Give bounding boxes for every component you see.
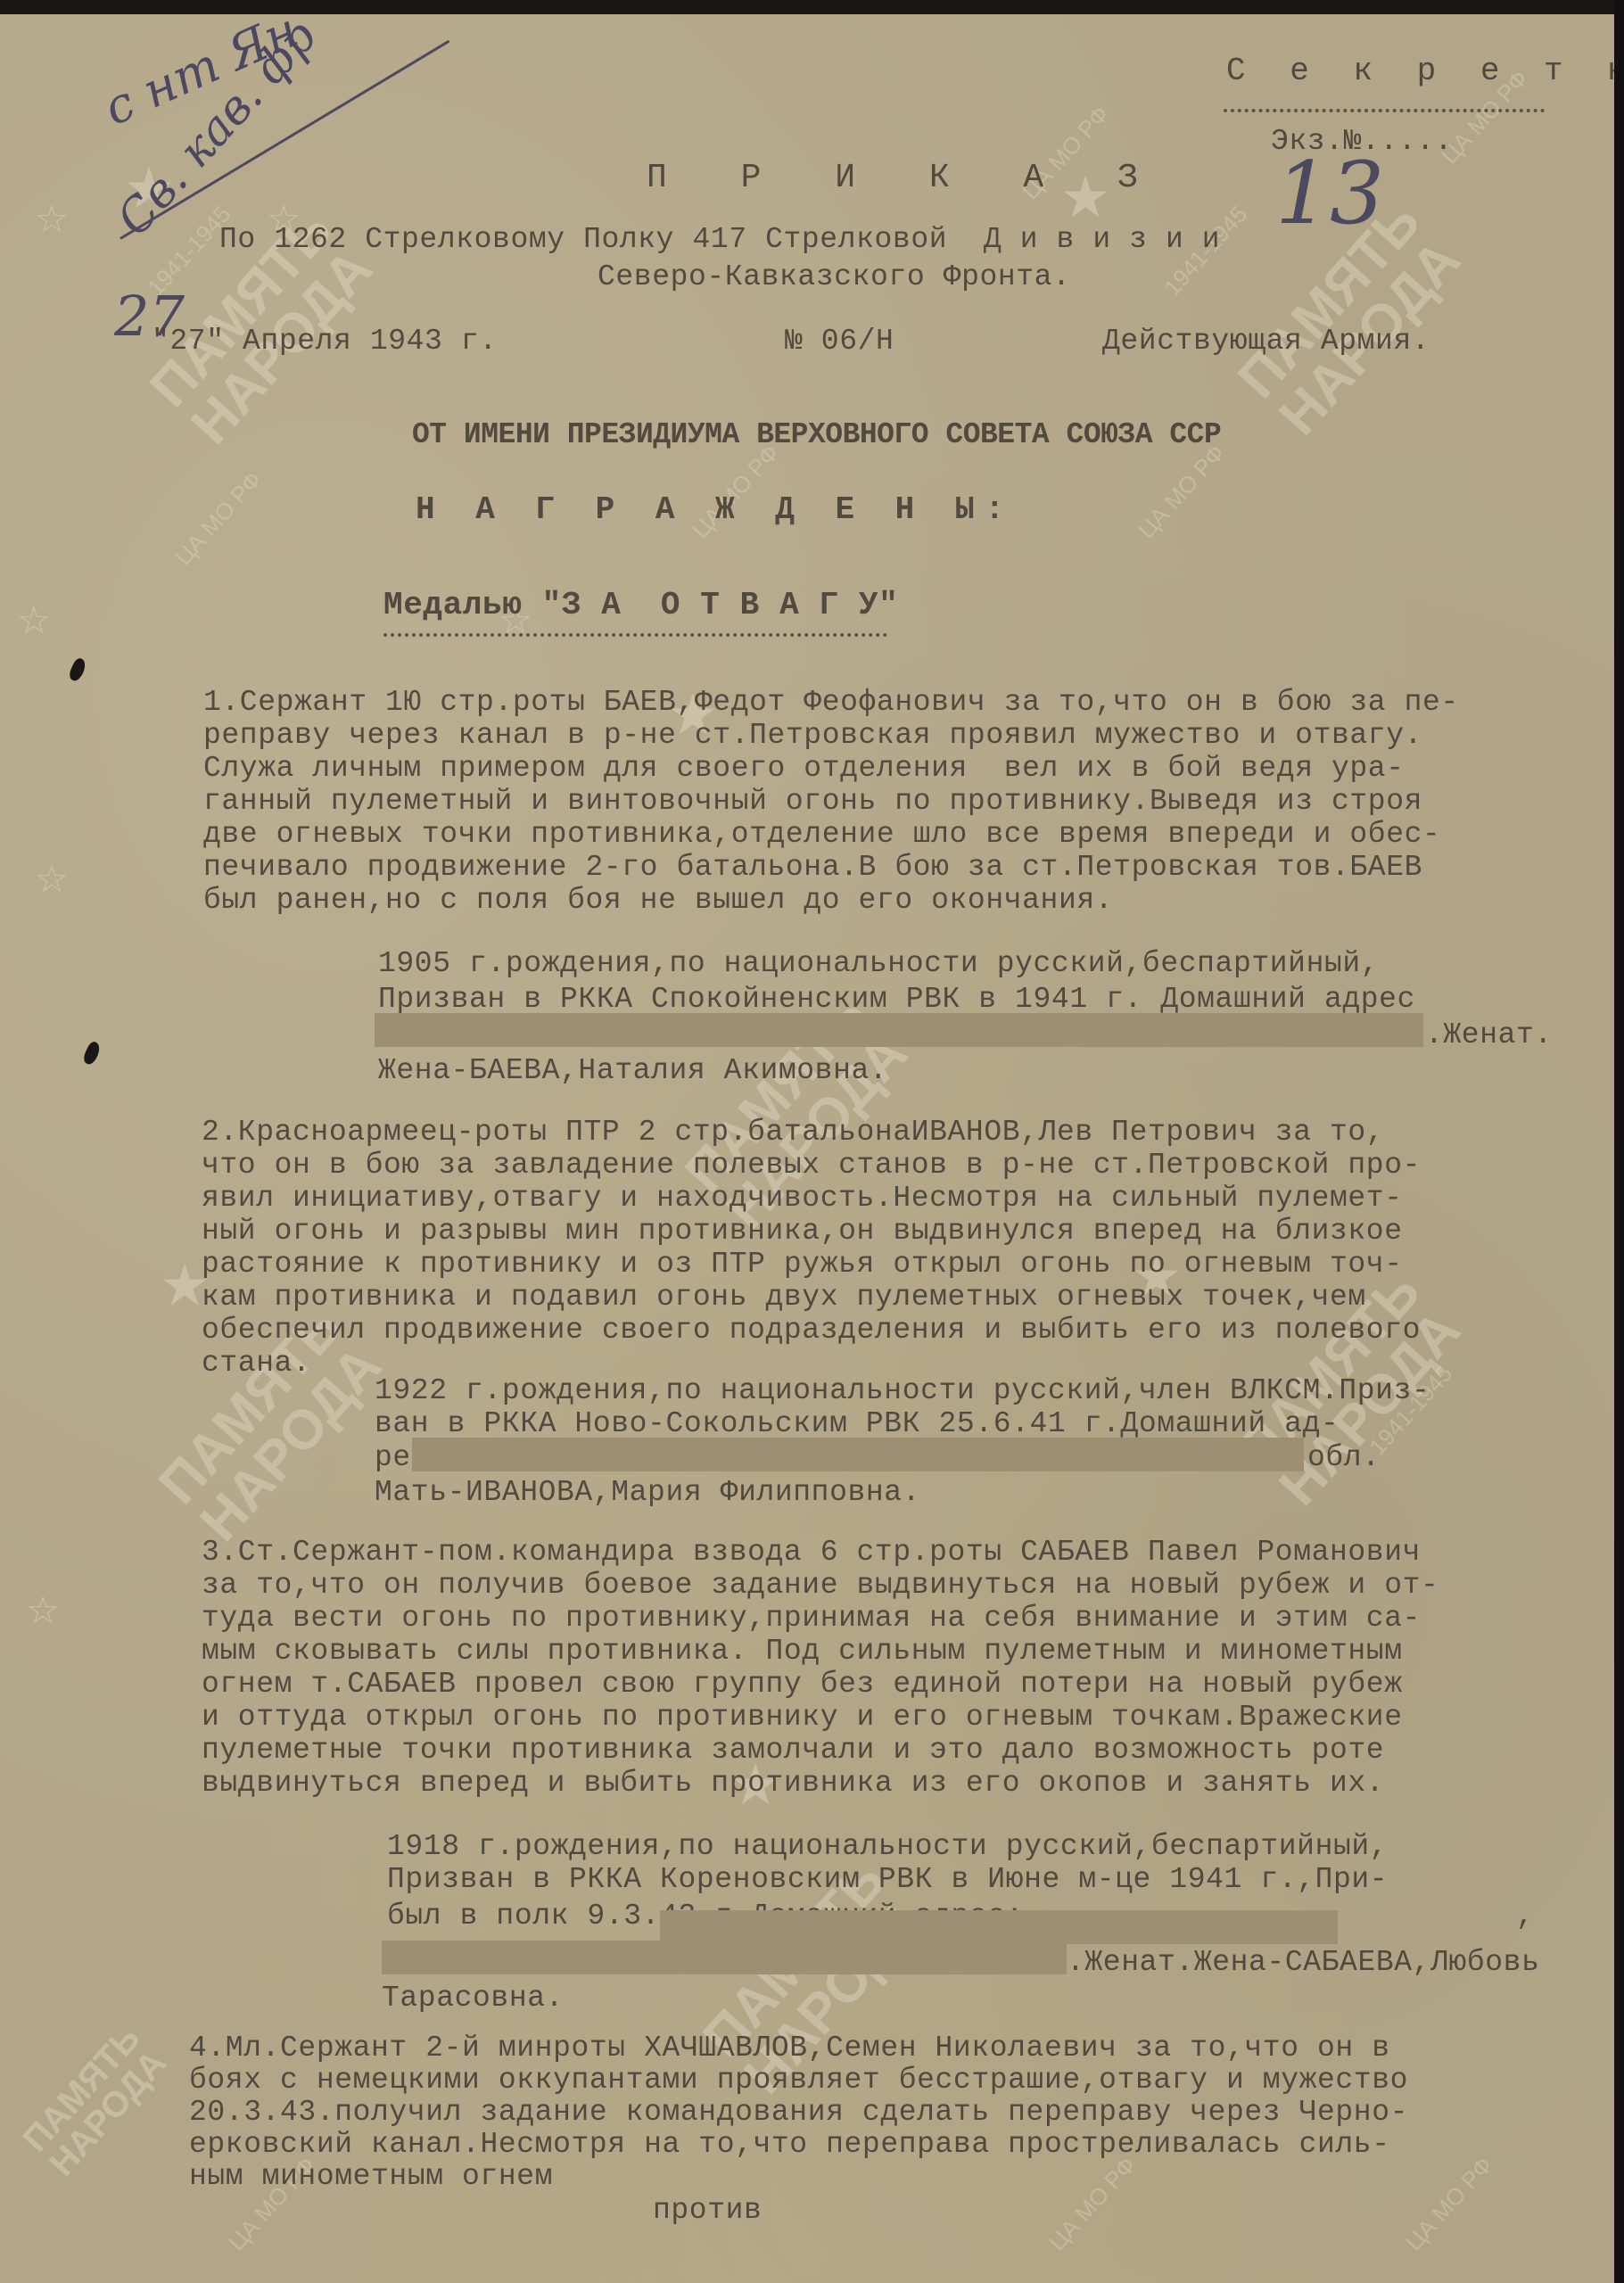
citation-line: ным минометным огнем xyxy=(189,2162,553,2191)
citation-line: ганный пулеметный и винтовочный огонь по… xyxy=(203,787,1422,816)
bio-line: 1922 г.рождения,по национальности русски… xyxy=(375,1376,1430,1405)
redacted-address xyxy=(412,1438,1304,1471)
citation-line: 20.3.43.получил задание командования сде… xyxy=(189,2098,1408,2127)
watermark-text: НАРОДА xyxy=(42,2043,174,2183)
bio-line: Тарасовна. xyxy=(382,1983,564,2013)
citation-line: боях с немецкими оккупантами проявляет б… xyxy=(189,2065,1408,2095)
watermark-star-icon: ☆ xyxy=(36,853,68,906)
citation-line: стана. xyxy=(202,1348,310,1378)
watermark-text: ПАМЯТЬ xyxy=(15,2019,147,2160)
citation-line: растояние к противнику и оз ПТР ружья от… xyxy=(202,1249,1403,1279)
citation-line: обеспечил продвижение своего подразделен… xyxy=(202,1315,1421,1345)
citation-line: пулеметные точки противника замолчали и … xyxy=(202,1735,1384,1765)
citation-line: 3.Ст.Сержант-пом.командира взвода 6 стр.… xyxy=(202,1537,1421,1567)
citation-line: печивало продвижение 2-го батальона.В бо… xyxy=(203,853,1422,882)
document-page: ПАМЯТЬ НАРОДА ПАМЯТЬ НАРОДА ПАМЯТЬ НАРОД… xyxy=(0,14,1614,2283)
citation-line: и оттуда открыл огонь по противнику и ег… xyxy=(202,1702,1403,1732)
award-underline xyxy=(383,631,887,637)
watermark-pamyat-naroda: ПАМЯТЬ НАРОДА xyxy=(17,2020,173,2182)
bio-line: 1918 г.рождения,по национальности русски… xyxy=(387,1832,1388,1861)
classification-label: С е к р е т н о. xyxy=(1226,55,1614,87)
copy-number: Экз.№..... xyxy=(1271,127,1453,156)
bio-line: Мать-ИВАНОВА,Мария Филипповна. xyxy=(375,1478,920,1507)
citation-line: был ранен,но с поля боя не вышел до его … xyxy=(203,886,1113,915)
bio-line: Жена-БАЕВА,Наталия Акимовна. xyxy=(378,1056,887,1085)
watermark-archive: ЦА МО РФ xyxy=(1133,440,1231,544)
watermark-star-icon: ☆ xyxy=(36,193,68,246)
citation-line: 1.Сержант 1Ю стр.роты БАЕВ,Федот Феофано… xyxy=(203,688,1459,717)
bio-line: .Женат. xyxy=(1425,1020,1553,1050)
redacted-address xyxy=(375,1013,1423,1047)
redacted-address xyxy=(382,1941,1067,1974)
citation-line: кам противника и подавил огонь двух пуле… xyxy=(202,1282,1366,1312)
citation-line: ерковский канал.Несмотря на то,что переп… xyxy=(189,2130,1390,2159)
punch-hole xyxy=(67,656,88,682)
citation-line: туда вести огонь по противнику,принимая … xyxy=(202,1603,1421,1633)
preamble: ОТ ИМЕНИ ПРЕЗИДИУМА ВЕРХОВНОГО СОВЕТА СО… xyxy=(412,420,1221,449)
watermark-archive: ЦА МО РФ xyxy=(169,466,268,571)
watermark-archive: ЦА МО РФ xyxy=(1400,2152,1498,2256)
citation-line: за то,что он получив боевое задание выдв… xyxy=(202,1570,1439,1600)
award-name: Медалью "З А О Т В А Г У" xyxy=(383,589,898,622)
punch-hole xyxy=(81,1040,103,1066)
bio-line: ван в РККА Ново-Сокольским РВК 25.6.41 г… xyxy=(375,1409,1339,1438)
citation-line: выдвинуться вперед и выбить противника и… xyxy=(202,1768,1384,1798)
bio-line: Призван в РККА Кореновским РВК в Июне м-… xyxy=(387,1865,1388,1894)
watermark-star-icon: ☆ xyxy=(18,594,50,647)
unit-line: По 1262 Стрелковому Полку 417 Стрелковой… xyxy=(219,225,1220,254)
classification-underline xyxy=(1224,107,1545,112)
scan-border xyxy=(1614,0,1624,2283)
citation-line: Служа личным примером для своего отделен… xyxy=(203,754,1405,783)
bio-line: обл. xyxy=(1307,1443,1381,1472)
awarded-heading: Н А Г Р А Ж Д Е Н Ы: xyxy=(416,494,1015,526)
citation-line: ный огонь и разрывы мин противника,он вы… xyxy=(202,1216,1403,1246)
citation-line: что он в бою за завладение полевых стано… xyxy=(202,1150,1421,1180)
watermark-archive: ЦА МО РФ xyxy=(1043,2152,1142,2256)
bio-line: .Женат.Жена-САБАЕВА,Любовь xyxy=(1067,1948,1539,1977)
page-title: П Р И К А З xyxy=(647,161,1165,195)
bio-line: , xyxy=(1516,1901,1534,1931)
handwritten-copy-mark: 13 xyxy=(1275,144,1384,243)
order-location: Действующая Армия. xyxy=(1102,326,1430,356)
citation-line: явил инициативу,отвагу и находчивость.Не… xyxy=(202,1183,1403,1213)
redacted-address xyxy=(660,1910,1338,1944)
citation-line: огнем т.САБАЕВ провел свою группу без ед… xyxy=(202,1669,1403,1699)
citation-line: мым сковывать силы противника. Под сильн… xyxy=(202,1636,1403,1666)
order-date: "27" Апреля 1943 г. xyxy=(152,326,498,356)
watermark-star-icon: ☆ xyxy=(27,1584,59,1637)
citation-line: 4.Мл.Сержант 2-й минроты ХАЧШАВЛОВ,Семен… xyxy=(189,2033,1390,2063)
order-number: № 06/Н xyxy=(785,326,894,356)
citation-line: две огневых точки противника,отделение ш… xyxy=(203,820,1440,849)
citation-line: реправу через канал в р-не ст.Петровская… xyxy=(203,721,1422,750)
bio-line: 1905 г.рождения,по национальности русски… xyxy=(378,949,1379,978)
bio-line: Призван в РККА Спокойненским РВК в 1941 … xyxy=(378,985,1415,1014)
continuation-word: против xyxy=(653,2196,762,2225)
front-line: Северо-Кавказского Фронта. xyxy=(598,262,1070,292)
citation-line: 2.Красноармеец-роты ПТР 2 стр.батальонаИ… xyxy=(202,1117,1384,1147)
